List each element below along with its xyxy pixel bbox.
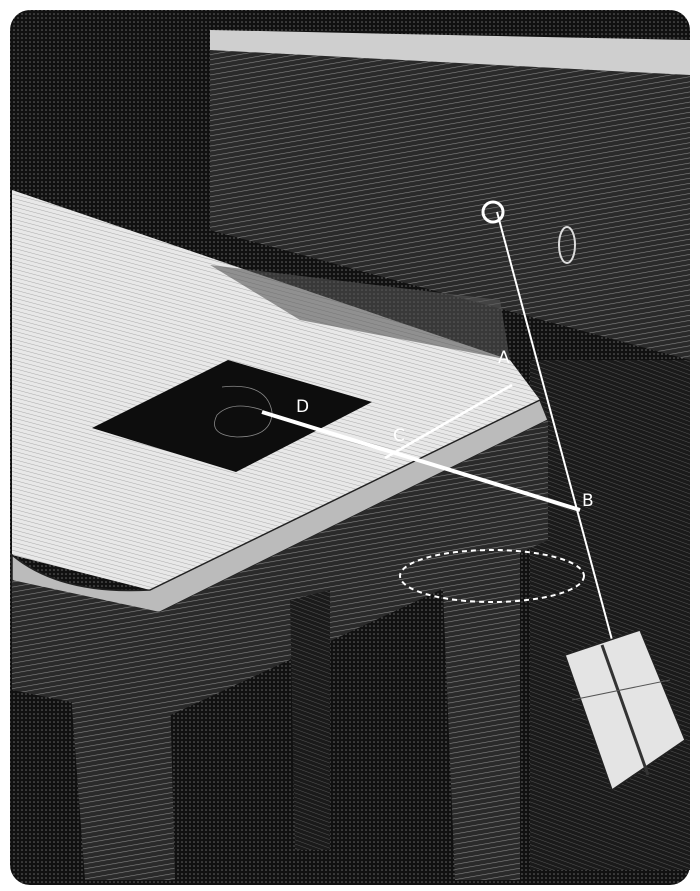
label-a: A: [498, 348, 510, 368]
table-leg: [70, 680, 175, 880]
label-b: B: [582, 491, 594, 511]
engraving-illustration: A B C D: [0, 0, 700, 891]
label-c: C: [393, 426, 405, 446]
label-d: D: [296, 397, 309, 417]
